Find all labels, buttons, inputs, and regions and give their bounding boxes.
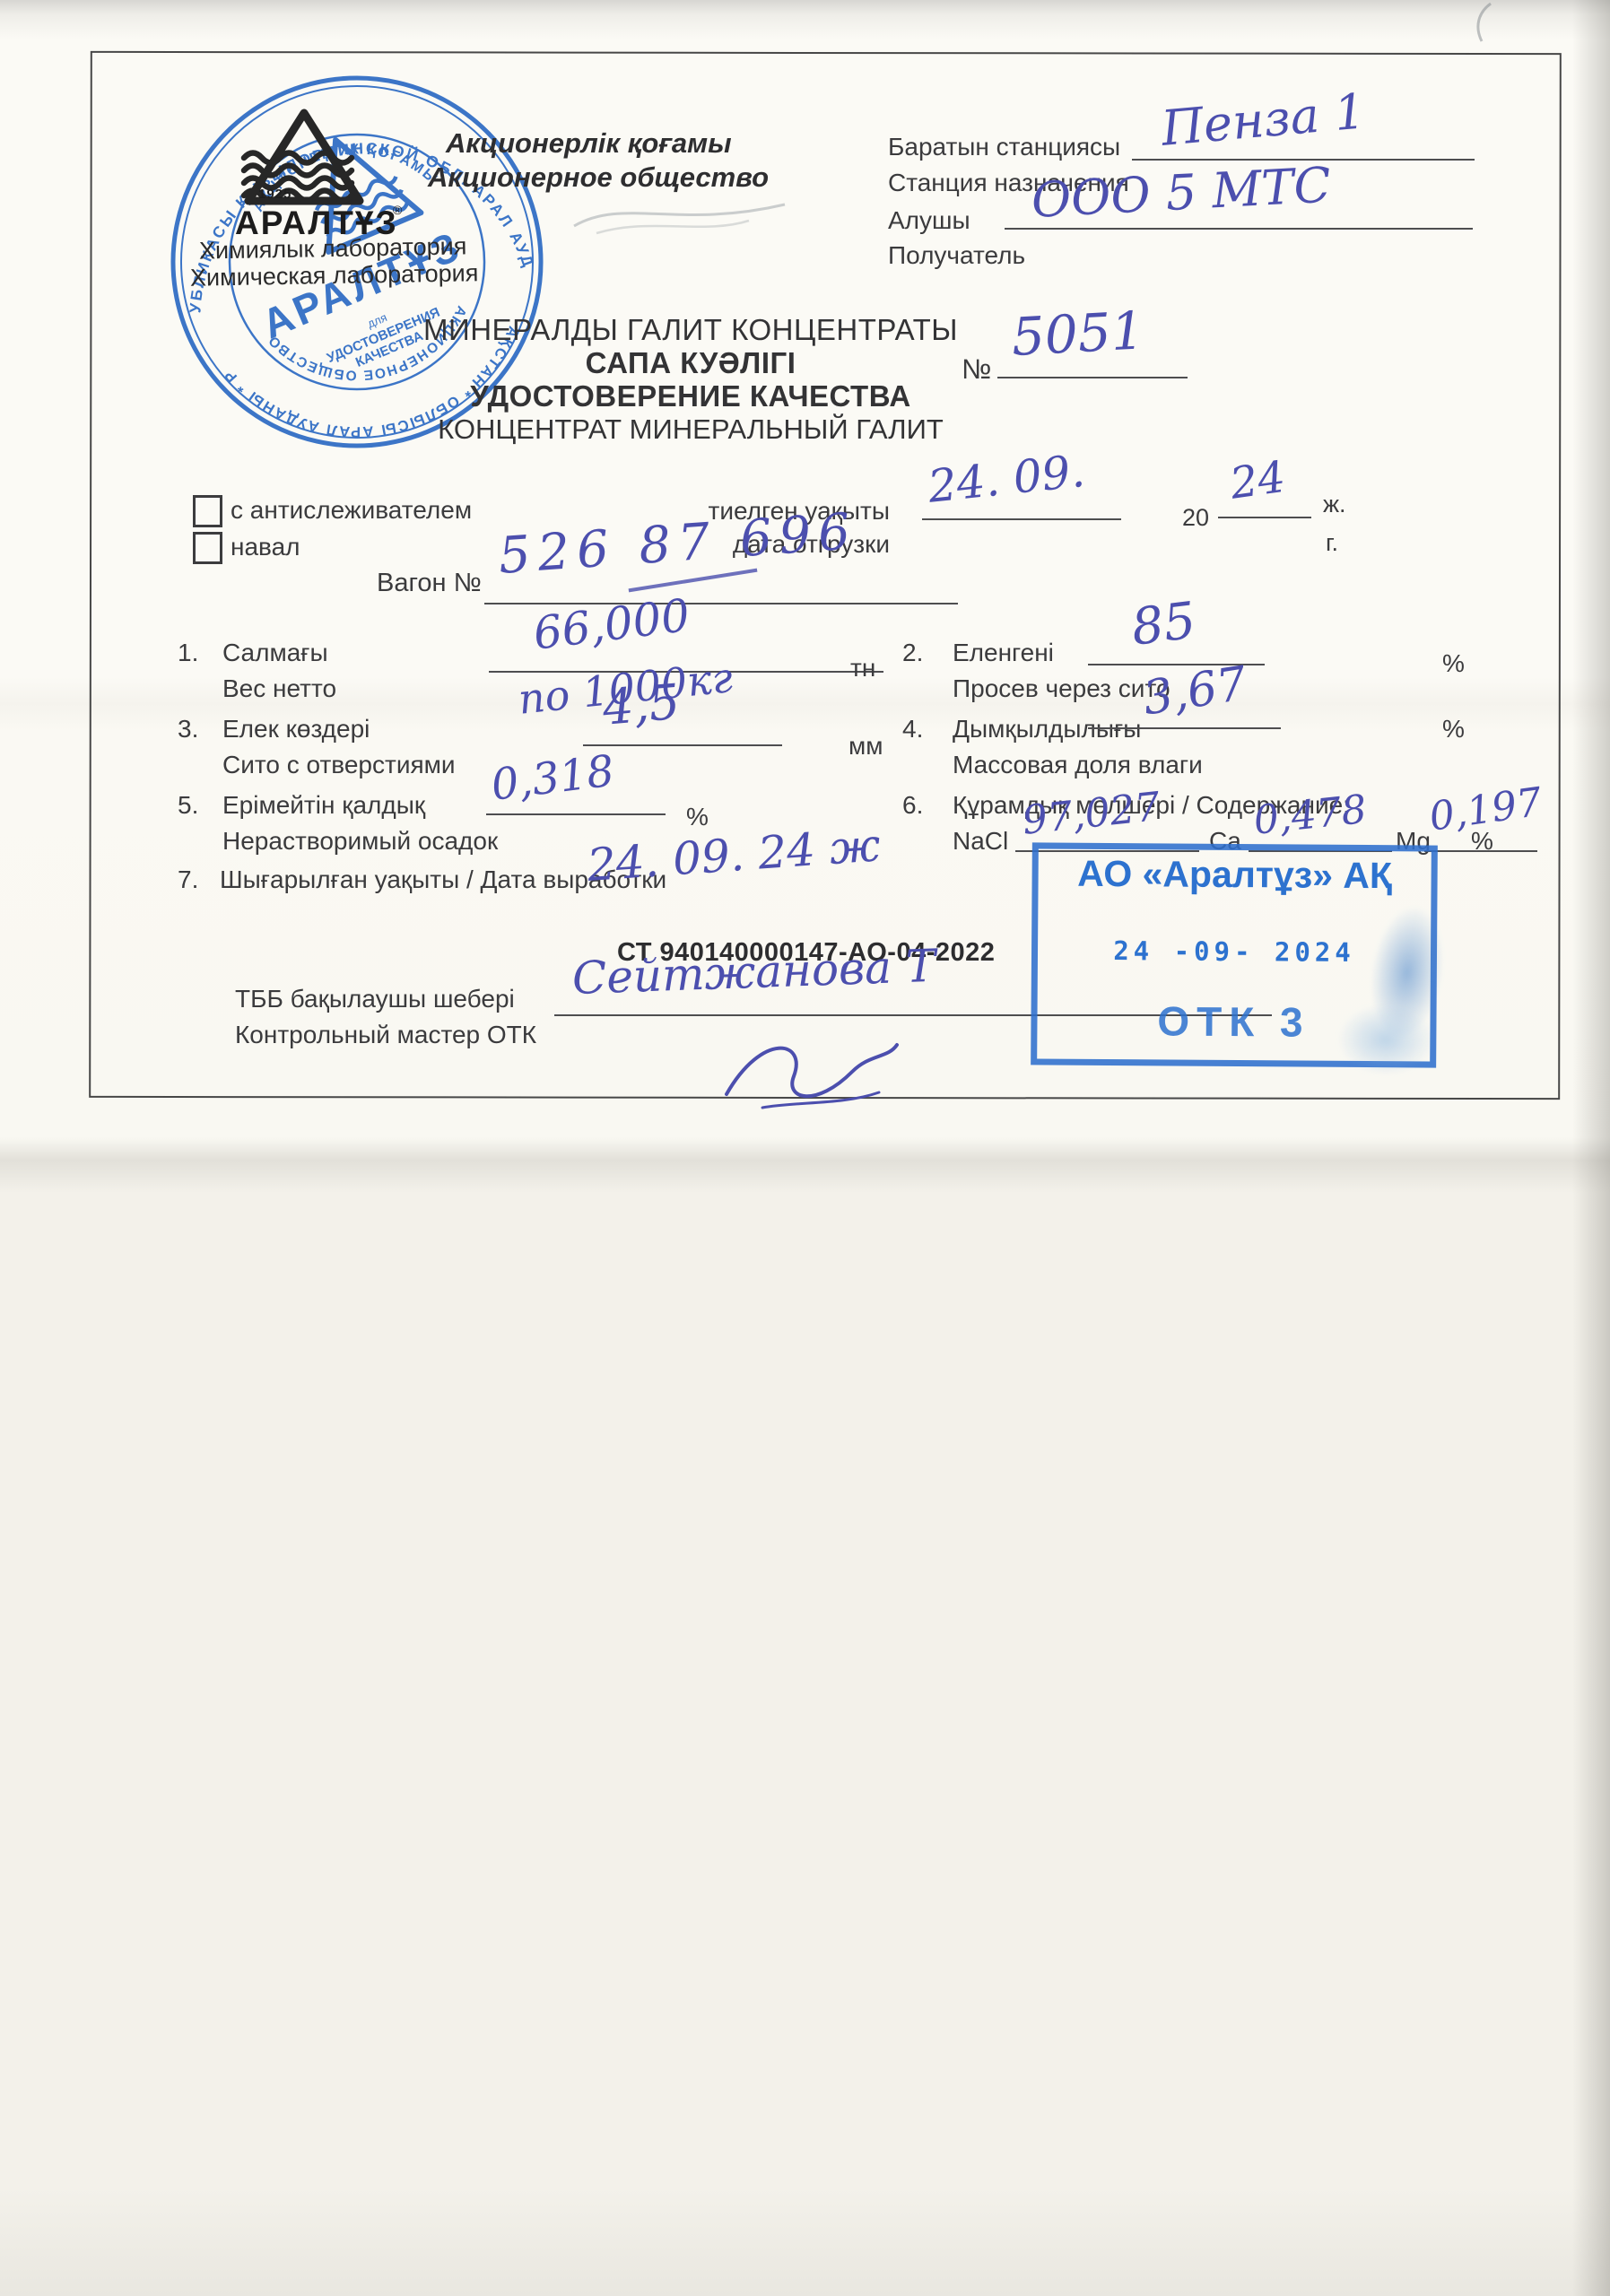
receiver-label-ru: Получатель <box>888 241 1025 270</box>
stamp-ink-smudge2 <box>1336 1004 1436 1076</box>
item3-value: 4,5 <box>600 674 682 736</box>
title-line-kk: МИНЕРАЛДЫ ГАЛИТ КОНЦЕНТРАТЫ <box>305 313 1076 346</box>
item4-number: 4. <box>902 715 923 744</box>
certificate-number-value: 5051 <box>1010 300 1145 368</box>
title-line-product-ru: КОНЦЕНТРАТ МИНЕРАЛЬНЫЙ ГАЛИТ <box>305 413 1076 446</box>
item2-label-kk: Еленгені <box>953 639 1054 667</box>
item1-label-kk: Салмағы <box>222 639 328 667</box>
item5-blank-line <box>486 813 666 815</box>
item2-unit: % <box>1442 649 1465 678</box>
logo-trademark: ® <box>393 203 402 217</box>
checkbox-bulk <box>193 532 222 564</box>
item6-number: 6. <box>902 791 923 820</box>
checkbox-anticaking <box>193 495 222 527</box>
item5-label-kk: Ерімейтін қалдық <box>222 791 425 820</box>
otk-stamp-company: АО «Аралтұз» АҚ <box>1038 852 1431 897</box>
item3-blank-line <box>583 744 782 746</box>
item6-unit: % <box>1471 827 1493 856</box>
pencil-mark-corner <box>1462 2 1507 43</box>
station-label-kk: Баратын станциясы <box>888 133 1120 161</box>
document-title: МИНЕРАЛДЫ ГАЛИТ КОНЦЕНТРАТЫ САПА КУӘЛІГІ… <box>305 313 1076 446</box>
item2-number: 2. <box>902 639 923 667</box>
certificate-number-line <box>997 377 1188 378</box>
year-suffix-kk: ж. <box>1323 491 1346 518</box>
receiver-label-kk: Алушы <box>888 206 970 235</box>
year-value-handwritten: 24 <box>1227 452 1288 509</box>
shipping-date-line <box>922 518 1121 520</box>
item5-number: 5. <box>178 791 198 820</box>
item4-blank-line <box>1088 727 1281 729</box>
item5-unit: % <box>686 803 709 831</box>
wagon-blank-line <box>484 603 958 604</box>
item4-unit: % <box>1442 715 1465 744</box>
checkbox-anticaking-label: с антислеживателем <box>231 496 472 525</box>
inspector-label-ru: Контрольный мастер ОТК <box>235 1021 536 1049</box>
paper-edge-shadow <box>1572 0 1610 2296</box>
item2-value: 85 <box>1128 592 1199 657</box>
lab-line-ru: Химическая лаборатория <box>190 259 479 292</box>
item4-label-ru: Массовая доля влаги <box>953 751 1203 779</box>
certificate-number-label: № <box>962 353 991 386</box>
year-suffix-ru: г. <box>1326 529 1338 557</box>
year-blank-line <box>1218 517 1311 518</box>
item1-label-ru: Вес нетто <box>222 674 336 703</box>
item2-label-ru: Просев через сито <box>953 674 1171 703</box>
item1-unit: тн <box>850 654 875 683</box>
item3-number: 3. <box>178 715 198 744</box>
inspector-label-kk: ТББ бақылаушы шебері <box>235 985 515 1013</box>
pencil-smudge <box>570 188 803 242</box>
item3-unit: мм <box>849 732 883 761</box>
title-line-sapa: САПА КУӘЛІГІ <box>305 346 1076 379</box>
otk-stamp: АО «Аралтұз» АҚ 24 -09- 2024 ОТК 3 <box>1031 842 1438 1067</box>
year-prefix: 20 <box>1182 504 1209 532</box>
receiver-blank-line <box>1005 228 1473 230</box>
item3-label-kk: Елек көздері <box>222 715 370 744</box>
logo-year: 1925 <box>258 187 292 202</box>
item4-label-kk: Дымқылдылығы <box>953 715 1141 744</box>
item5-label-ru: Нерастворимый осадок <box>222 827 498 856</box>
title-line-ru: УДОСТОВЕРЕНИЕ КАЧЕСТВА <box>305 379 1076 413</box>
checkbox-bulk-label: навал <box>231 533 300 561</box>
scanned-certificate-page: РЕСПУБЛИКАСЫ ҚЫЗЫЛОРДИНСКОЙ ОБЛ. АРАЛ АУ… <box>0 0 1610 2296</box>
wagon-label: Вагон № <box>377 569 482 598</box>
item7-number: 7. <box>178 865 198 894</box>
signature-flourish <box>709 1022 942 1130</box>
company-name-kk: Акционерлік қоғамы <box>446 127 732 160</box>
item3-label-ru: Сито с отверстиями <box>222 751 456 779</box>
item1-number: 1. <box>178 639 198 667</box>
item6-nacl-label: NaCl <box>953 827 1008 856</box>
